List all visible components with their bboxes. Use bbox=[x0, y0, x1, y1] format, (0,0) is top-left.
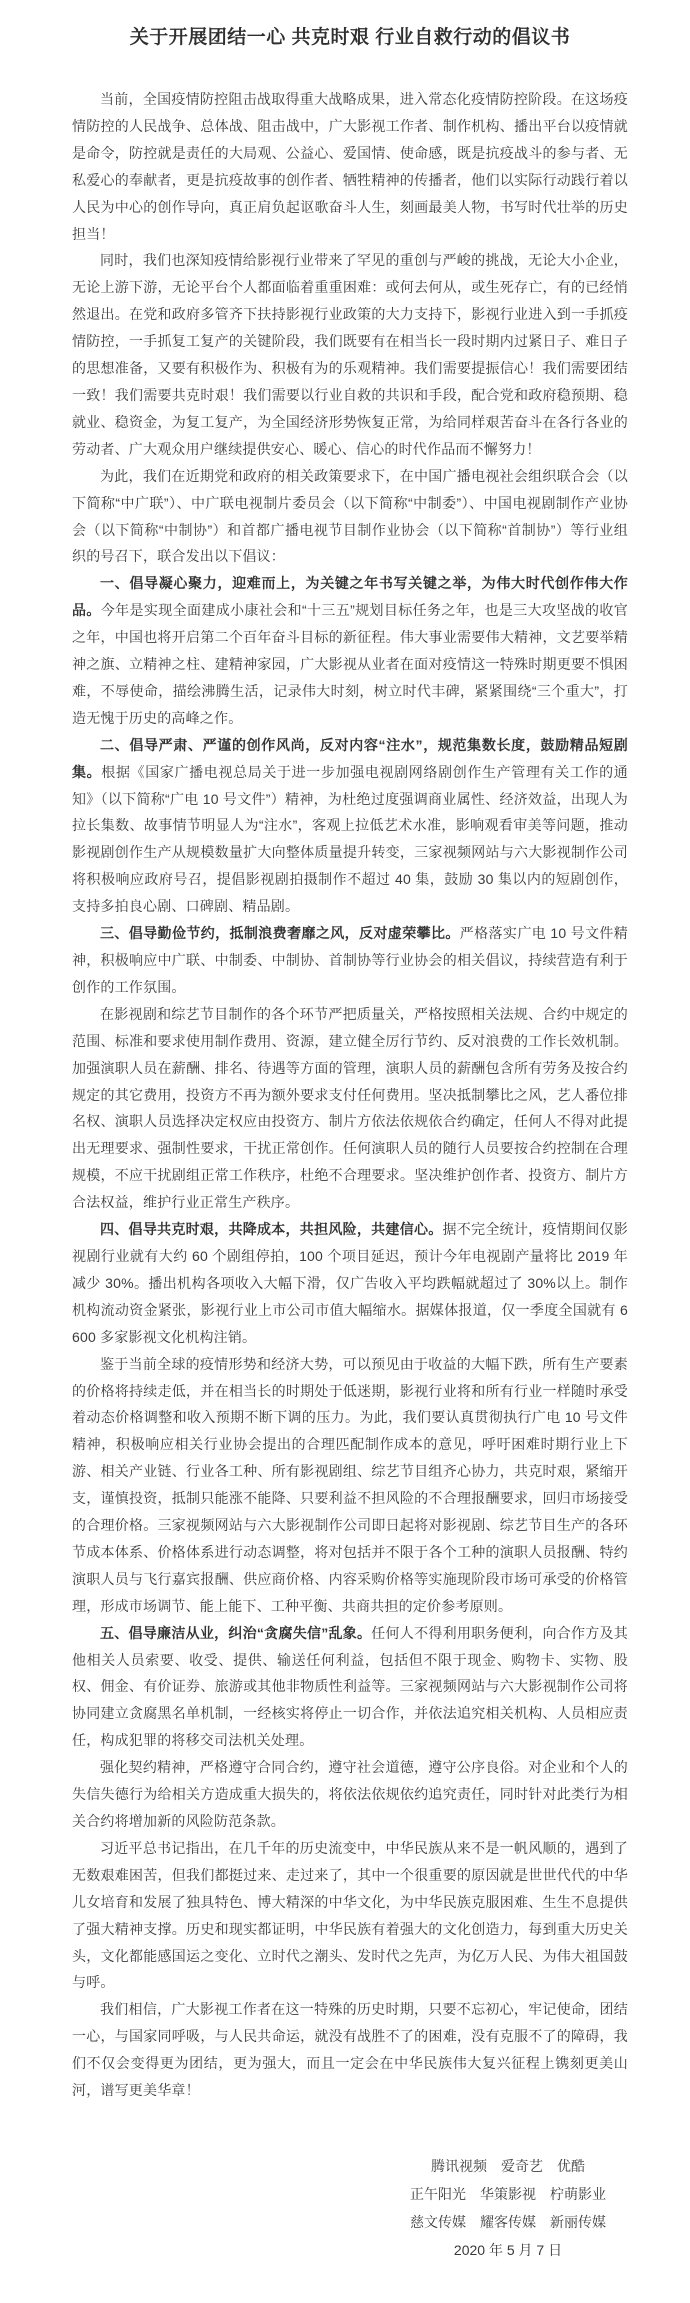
signatory-line: 正午阳光 华策影视 柠萌影业 bbox=[368, 2180, 648, 2208]
paragraph-text: 任何人不得利用职务便利，向合作方及其他相关人员索要、收受、提供、输送任何利益，包… bbox=[72, 1625, 628, 1749]
paragraph-text: 我们相信，广大影视工作者在这一特殊的历史时期，只要不忘初心，牢记使命，团结一心，… bbox=[72, 2001, 628, 2098]
paragraph-lead: 三、倡导勤俭节约，抵制浪费奢靡之风，反对虚荣攀比。 bbox=[100, 925, 460, 941]
paragraph-item-1: 一、倡导凝心聚力，迎难而上，为关键之年书写关键之举，为伟大时代创作伟大作品。今年… bbox=[72, 570, 628, 731]
paragraph-text: 强化契约精神，严格遵守合同合约，遵守社会道德，遵守公序良俗。对企业和个人的失信失… bbox=[72, 1759, 628, 1829]
document-title: 关于开展团结一心 共克时艰 行业自救行动的倡议书 bbox=[0, 0, 690, 49]
paragraph-lead: 四、倡导共克时艰，共降成本，共担风险，共建信心。 bbox=[100, 1221, 443, 1237]
proposal-document: 关于开展团结一心 共克时艰 行业自救行动的倡议书 当前，全国疫情防控阻击战取得重… bbox=[0, 0, 690, 2303]
paragraph-item-5: 五、倡导廉洁从业，纠治“贪腐失信”乱象。任何人不得利用职务便利，向合作方及其他相… bbox=[72, 1620, 628, 1755]
paragraph-text: 同时，我们也深知疫情给影视行业带来了罕见的重创与严峻的挑战，无论大小企业，无论上… bbox=[72, 252, 628, 456]
paragraph: 当前，全国疫情防控阻击战取得重大战略成果，进入常态化疫情防控阶段。在这场疫情防控… bbox=[72, 86, 628, 247]
paragraph-text: 习近平总书记指出，在几千年的历史流变中，中华民族从来不是一帆风顺的，遇到了无数艰… bbox=[72, 1840, 628, 1991]
signatory-line: 腾讯视频 爱奇艺 优酷 bbox=[368, 2152, 648, 2180]
paragraph-lead: 五、倡导廉洁从业，纠治“贪腐失信”乱象。 bbox=[100, 1625, 371, 1641]
document-date: 2020 年 5 月 7 日 bbox=[368, 2236, 648, 2264]
signature-block: 腾讯视频 爱奇艺 优酷 正午阳光 华策影视 柠萌影业 慈文传媒 耀客传媒 新丽传… bbox=[368, 2152, 648, 2264]
paragraph: 强化契约精神，严格遵守合同合约，遵守社会道德，遵守公序良俗。对企业和个人的失信失… bbox=[72, 1754, 628, 1835]
paragraph-text: 根据《国家广播电视总局关于进一步加强电视剧网络剧创作生产管理有关工作的通知》（以… bbox=[72, 764, 628, 915]
paragraph-item-4: 四、倡导共克时艰，共降成本，共担风险，共建信心。据不完全统计，疫情期间仅影视剧行… bbox=[72, 1216, 628, 1351]
paragraph-item-2: 二、倡导严肃、严谨的创作风尚，反对内容“注水”，规范集数长度，鼓励精品短剧集。根… bbox=[72, 732, 628, 920]
paragraph-text: 为此，我们在近期党和政府的相关政策要求下，在中国广播电视社会组织联合会（以下简称… bbox=[72, 468, 628, 565]
paragraph: 在影视剧和综艺节目制作的各个环节严把质量关，严格按照相关法规、合约中规定的范围、… bbox=[72, 1001, 628, 1216]
paragraph-text: 今年是实现全面建成小康社会和“十三五”规划目标任务之年，也是三大攻坚战的收官之年… bbox=[72, 602, 628, 726]
paragraph: 我们相信，广大影视工作者在这一特殊的历史时期，只要不忘初心，牢记使命，团结一心，… bbox=[72, 1996, 628, 2104]
paragraph: 鉴于当前全球的疫情形势和经济大势，可以预见由于收益的大幅下跌，所有生产要素的价格… bbox=[72, 1351, 628, 1620]
paragraph-text: 据不完全统计，疫情期间仅影视剧行业就有大约 60 个剧组停拍，100 个项目延迟… bbox=[72, 1221, 628, 1345]
paragraph-text: 鉴于当前全球的疫情形势和经济大势，可以预见由于收益的大幅下跌，所有生产要素的价格… bbox=[72, 1356, 628, 1614]
paragraph: 习近平总书记指出，在几千年的历史流变中，中华民族从来不是一帆风顺的，遇到了无数艰… bbox=[72, 1835, 628, 1996]
signatory-line: 慈文传媒 耀客传媒 新丽传媒 bbox=[368, 2208, 648, 2236]
paragraph: 为此，我们在近期党和政府的相关政策要求下，在中国广播电视社会组织联合会（以下简称… bbox=[72, 463, 628, 571]
paragraph-item-3: 三、倡导勤俭节约，抵制浪费奢靡之风，反对虚荣攀比。严格落实广电 10 号文件精神… bbox=[72, 920, 628, 1001]
paragraph-text: 在影视剧和综艺节目制作的各个环节严把质量关，严格按照相关法规、合约中规定的范围、… bbox=[72, 1006, 628, 1210]
paragraph: 同时，我们也深知疫情给影视行业带来了罕见的重创与严峻的挑战，无论大小企业，无论上… bbox=[72, 247, 628, 462]
document-body: 当前，全国疫情防控阻击战取得重大战略成果，进入常态化疫情防控阶段。在这场疫情防控… bbox=[0, 49, 690, 2104]
paragraph-text: 当前，全国疫情防控阻击战取得重大战略成果，进入常态化疫情防控阶段。在这场疫情防控… bbox=[72, 91, 628, 242]
